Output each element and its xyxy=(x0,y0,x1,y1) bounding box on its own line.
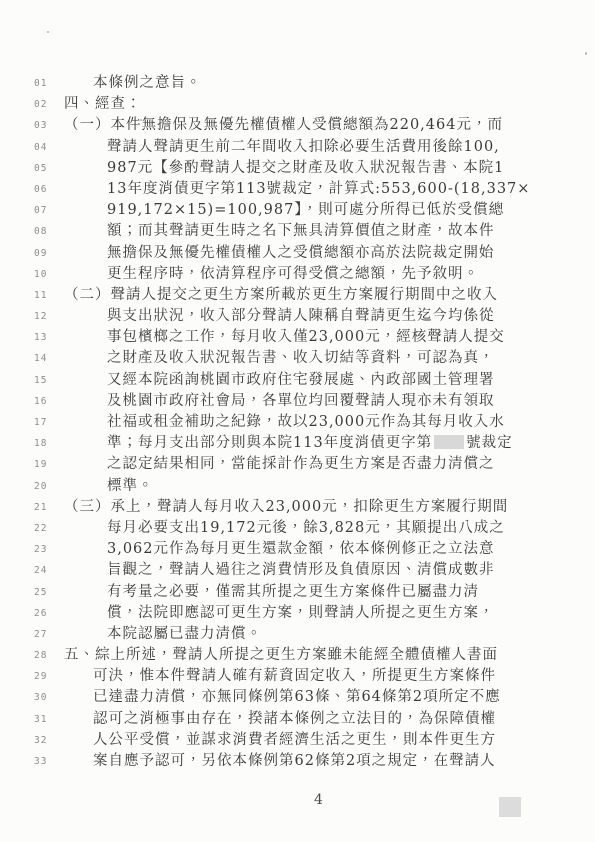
line-text: 標準。 xyxy=(107,476,595,497)
document-line: 28五、綜上所述，聲請人所提之更生方案雖未能經全體債權人書面 xyxy=(0,645,595,666)
line-text: 四、經查： xyxy=(64,94,595,115)
line-number: 14 xyxy=(34,351,47,366)
document-line: 08額；而其聲請更生時之名下無具清算價值之財產，故本件 xyxy=(0,221,595,242)
line-number: 04 xyxy=(34,140,47,155)
line-text: 五、綜上所述，聲請人所提之更生方案雖未能經全體債權人書面 xyxy=(64,645,595,666)
document-line: 07919,172×15)=100,987】，則可處分所得已低於受償總 xyxy=(0,200,595,221)
line-number: 05 xyxy=(34,161,47,176)
scan-speck xyxy=(47,31,49,33)
document-line: 15又經本院函詢桃園市政府住宅發展處、內政部國土管理署 xyxy=(0,370,595,391)
scan-artifact-box xyxy=(499,797,521,817)
document-page: 01本條例之意旨。02四、經查：03（一）本件無擔保及無優先權債權人受償總額為2… xyxy=(0,0,595,842)
document-line: 21（三）承上，聲請人每月收入23,000元，扣除更生方案履行期間 xyxy=(0,497,595,518)
line-text: 987元【參酌聲請人提交之財產及收入狀況報告書、本院1 xyxy=(107,158,595,179)
document-line: 0613年度消債更字第113號裁定，計算式:553,600-(18,337× xyxy=(0,179,595,200)
line-text: 案自應予認可，另依本條例第62條第2項之規定，在聲請人 xyxy=(93,751,595,772)
document-line: 13事包檳榔之工作，每月收入僅23,000元，經核聲請人提交 xyxy=(0,327,595,348)
line-number: 20 xyxy=(34,479,47,494)
line-number: 31 xyxy=(34,712,47,727)
line-number: 26 xyxy=(34,606,47,621)
line-text: 本條例之意旨。 xyxy=(93,73,595,94)
document-line: 233,062元作為每月更生還款金額，依本條例修正之立法意 xyxy=(0,539,595,560)
line-number: 09 xyxy=(34,246,47,261)
document-line: 09無擔保及無優先權債權人之受償總額亦高於法院裁定開始 xyxy=(0,243,595,264)
line-text: 已達盡力清償，亦無同條例第63條、第64條第2項所定不應 xyxy=(93,687,595,708)
line-text: 13年度消債更字第113號裁定，計算式:553,600-(18,337× xyxy=(107,179,595,200)
line-text: 認可之消極事由存在，揆諸本條例之立法目的，為保障債權 xyxy=(93,709,595,730)
line-number: 33 xyxy=(34,754,47,769)
line-number: 16 xyxy=(34,394,47,409)
line-text: 社福或租金補助之紀錄，故以23,000元作為其每月收入水 xyxy=(107,412,595,433)
line-text: 又經本院函詢桃園市政府住宅發展處、內政部國土管理署 xyxy=(107,370,595,391)
line-text: 之財產及收入狀況報告書、收入切結等資料，可認為真， xyxy=(107,348,595,369)
line-number: 25 xyxy=(34,585,47,600)
document-line: 19之認定結果相同，當能採計作為更生方案是否盡力清償之 xyxy=(0,454,595,475)
line-text: 之認定結果相同，當能採計作為更生方案是否盡力清償之 xyxy=(107,454,595,475)
document-line: 14之財產及收入狀況報告書、收入切結等資料，可認為真， xyxy=(0,348,595,369)
line-number: 24 xyxy=(34,563,47,578)
line-number: 06 xyxy=(34,182,47,197)
line-text: 事包檳榔之工作，每月收入僅23,000元，經核聲請人提交 xyxy=(107,327,595,348)
line-number: 15 xyxy=(34,373,47,388)
line-text: 無擔保及無優先權債權人之受償總額亦高於法院裁定開始 xyxy=(107,243,595,264)
line-number: 27 xyxy=(34,627,47,642)
line-text: 準；每月支出部分則與本院113年度消債更字第號裁定 xyxy=(107,433,595,454)
document-line: 24旨觀之，聲請人過往之消費情形及負債原因、清償成數非 xyxy=(0,560,595,581)
document-line: 16及桃園市政府社會局，各單位均回覆聲請人現亦未有領取 xyxy=(0,391,595,412)
document-line: 31認可之消極事由存在，揆諸本條例之立法目的，為保障債權 xyxy=(0,709,595,730)
line-text: 3,062元作為每月更生還款金額，依本條例修正之立法意 xyxy=(107,539,595,560)
line-number: 23 xyxy=(34,542,47,557)
line-text: 旨觀之，聲請人過往之消費情形及負債原因、清償成數非 xyxy=(107,560,595,581)
document-line: 25有考量之必要，僅需其所提之更生方案條件已屬盡力清 xyxy=(0,582,595,603)
line-text: 額；而其聲請更生時之名下無具清算價值之財產，故本件 xyxy=(107,221,595,242)
line-number: 29 xyxy=(34,669,47,684)
line-text: 聲請人聲請更生前二年間收入扣除必要生活費用後餘100, xyxy=(107,137,595,158)
line-number: 12 xyxy=(34,309,47,324)
line-number: 10 xyxy=(34,267,47,282)
line-number: 17 xyxy=(34,415,47,430)
document-line: 04聲請人聲請更生前二年間收入扣除必要生活費用後餘100, xyxy=(0,137,595,158)
line-text: 本院認屬已盡力清償。 xyxy=(107,624,595,645)
page-number: 4 xyxy=(314,792,323,808)
line-text: 919,172×15)=100,987】，則可處分所得已低於受償總 xyxy=(107,200,595,221)
document-line: 22每月必要支出19,172元後，餘3,828元，其願提出八成之 xyxy=(0,518,595,539)
line-number: 32 xyxy=(34,733,47,748)
line-text: 及桃園市政府社會局，各單位均回覆聲請人現亦未有領取 xyxy=(107,391,595,412)
document-line: 26償，法院即應認可更生方案，則聲請人所提之更生方案， xyxy=(0,603,595,624)
line-text: （三）承上，聲請人每月收入23,000元，扣除更生方案履行期間 xyxy=(64,497,595,518)
document-line: 33案自應予認可，另依本條例第62條第2項之規定，在聲請人 xyxy=(0,751,595,772)
document-line: 18準；每月支出部分則與本院113年度消債更字第號裁定 xyxy=(0,433,595,454)
document-line: 17社福或租金補助之紀錄，故以23,000元作為其每月收入水 xyxy=(0,412,595,433)
document-body: 01本條例之意旨。02四、經查：03（一）本件無擔保及無優先權債權人受償總額為2… xyxy=(0,73,595,772)
document-line: 10更生程序時，依清算程序可得受償之總額，先予敘明。 xyxy=(0,264,595,285)
scan-speck xyxy=(585,52,587,55)
document-line: 32人公平受償，並謀求消費者經濟生活之更生，則本件更生方 xyxy=(0,730,595,751)
document-line: 01本條例之意旨。 xyxy=(0,73,595,94)
line-text: （一）本件無擔保及無優先權債權人受償總額為220,464元，而 xyxy=(64,115,595,136)
line-text: 與支出狀況，收入部分聲請人陳稱自聲請更生迄今均係從 xyxy=(107,306,595,327)
document-line: 02四、經查： xyxy=(0,94,595,115)
document-line: 20標準。 xyxy=(0,476,595,497)
line-text: （二）聲請人提交之更生方案所載於更生方案履行期間中之收入 xyxy=(64,285,595,306)
line-number: 11 xyxy=(34,288,47,303)
line-number: 02 xyxy=(34,97,47,112)
redaction-box xyxy=(434,435,464,449)
document-line: 12與支出狀況，收入部分聲請人陳稱自聲請更生迄今均係從 xyxy=(0,306,595,327)
document-line: 27本院認屬已盡力清償。 xyxy=(0,624,595,645)
line-number: 08 xyxy=(34,224,47,239)
line-text: 償，法院即應認可更生方案，則聲請人所提之更生方案， xyxy=(107,603,595,624)
line-number: 03 xyxy=(34,118,47,133)
line-number: 18 xyxy=(34,436,47,451)
line-text: 每月必要支出19,172元後，餘3,828元，其願提出八成之 xyxy=(107,518,595,539)
line-number: 28 xyxy=(34,648,47,663)
document-line: 30已達盡力清償，亦無同條例第63條、第64條第2項所定不應 xyxy=(0,687,595,708)
line-number: 21 xyxy=(34,500,47,515)
line-text: 人公平受償，並謀求消費者經濟生活之更生，則本件更生方 xyxy=(93,730,595,751)
line-number: 13 xyxy=(34,330,47,345)
document-line: 05987元【參酌聲請人提交之財產及收入狀況報告書、本院1 xyxy=(0,158,595,179)
line-number: 01 xyxy=(34,76,47,91)
line-number: 22 xyxy=(34,521,47,536)
line-number: 19 xyxy=(34,457,47,472)
line-number: 07 xyxy=(34,203,47,218)
line-text: 更生程序時，依清算程序可得受償之總額，先予敘明。 xyxy=(107,264,595,285)
document-line: 03（一）本件無擔保及無優先權債權人受償總額為220,464元，而 xyxy=(0,115,595,136)
document-line: 11（二）聲請人提交之更生方案所載於更生方案履行期間中之收入 xyxy=(0,285,595,306)
line-number: 30 xyxy=(34,690,47,705)
line-text: 可決，惟本件聲請人確有薪資固定收入，所提更生方案條件 xyxy=(93,666,595,687)
line-text: 有考量之必要，僅需其所提之更生方案條件已屬盡力清 xyxy=(107,582,595,603)
document-line: 29可決，惟本件聲請人確有薪資固定收入，所提更生方案條件 xyxy=(0,666,595,687)
